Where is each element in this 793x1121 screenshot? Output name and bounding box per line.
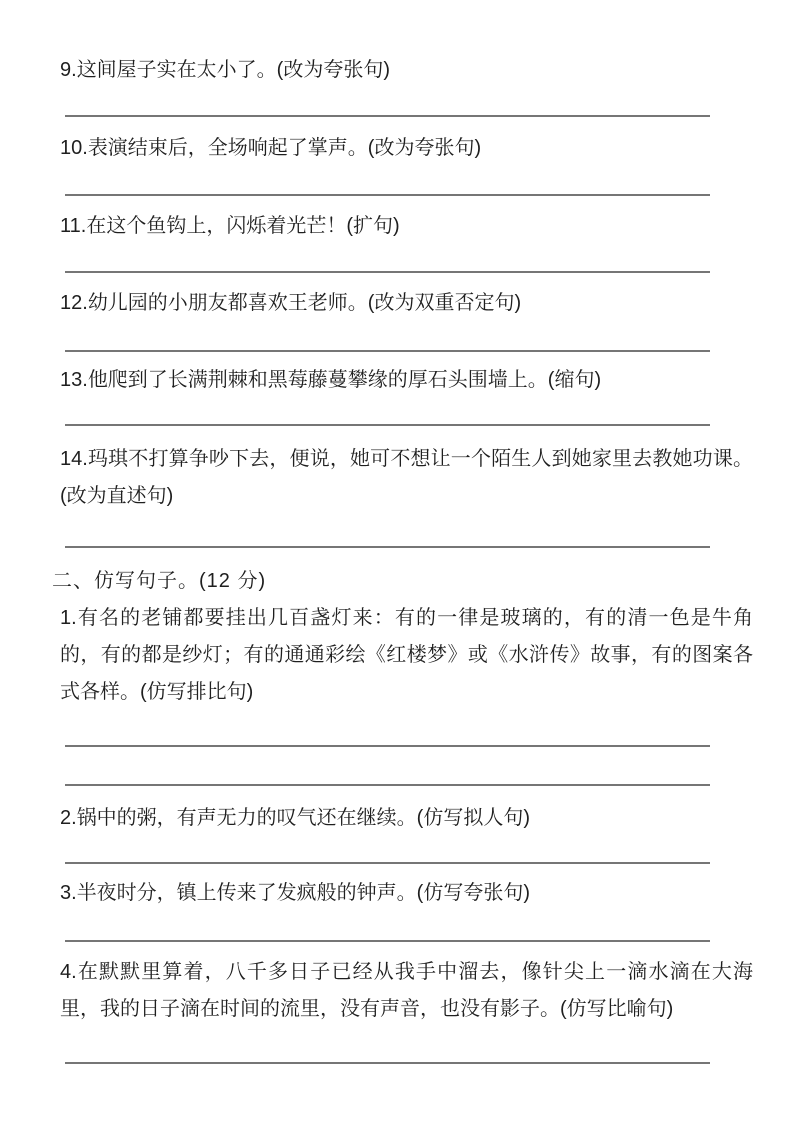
question-item: 3.半夜时分，镇上传来了发疯般的钟声。(仿写夸张句) bbox=[60, 875, 753, 912]
question-item: 10.表演结束后，全场响起了掌声。(改为夸张句) bbox=[60, 130, 753, 167]
answer-blank-line bbox=[65, 745, 710, 747]
question-number: 3. bbox=[60, 882, 77, 904]
question-text: 他爬到了长满荆棘和黑莓藤蔓攀缘的厚石头围墙上。(缩句) bbox=[88, 369, 601, 391]
question-text: 这间屋子实在太小了。(改为夸张句) bbox=[77, 59, 390, 81]
question-number: 4. bbox=[60, 961, 77, 983]
question-number: 9. bbox=[60, 59, 77, 81]
question-number: 1. bbox=[60, 607, 77, 629]
answer-blank-line bbox=[65, 940, 710, 942]
question-item: 12.幼儿园的小朋友都喜欢王老师。(改为双重否定句) bbox=[60, 285, 753, 322]
question-item: 4.在默默里算着，八千多日子已经从我手中溜去，像针尖上一滴水滴在大海里，我的日子… bbox=[60, 954, 753, 1028]
question-number: 11. bbox=[60, 215, 86, 237]
question-number: 12. bbox=[60, 292, 88, 314]
answer-blank-line bbox=[65, 350, 710, 352]
answer-blank-line bbox=[65, 862, 710, 864]
question-text: 半夜时分，镇上传来了发疯般的钟声。(仿写夸张句) bbox=[77, 882, 530, 904]
question-text: 玛琪不打算争吵下去，便说，她可不想让一个陌生人到她家里去教她功课。(改为直述句) bbox=[60, 448, 753, 507]
question-item: 13.他爬到了长满荆棘和黑莓藤蔓攀缘的厚石头围墙上。(缩句) bbox=[60, 362, 753, 399]
answer-blank-line bbox=[65, 271, 710, 273]
answer-blank-line bbox=[65, 1062, 710, 1064]
answer-blank-line bbox=[65, 115, 710, 117]
question-text: 锅中的粥，有声无力的叹气还在继续。(仿写拟人句) bbox=[77, 807, 530, 829]
question-text: 幼儿园的小朋友都喜欢王老师。(改为双重否定句) bbox=[88, 292, 521, 314]
answer-blank-line bbox=[65, 194, 710, 196]
answer-blank-line bbox=[65, 784, 710, 786]
question-number: 14. bbox=[60, 448, 88, 470]
question-text: 在默默里算着，八千多日子已经从我手中溜去，像针尖上一滴水滴在大海里，我的日子滴在… bbox=[60, 961, 753, 1020]
question-text: 在这个鱼钩上，闪烁着光芒！(扩句) bbox=[86, 215, 399, 237]
question-number: 10. bbox=[60, 137, 88, 159]
question-item: 2.锅中的粥，有声无力的叹气还在继续。(仿写拟人句) bbox=[60, 800, 753, 837]
question-text: 有名的老铺都要挂出几百盏灯来：有的一律是玻璃的，有的清一色是牛角的，有的都是纱灯… bbox=[60, 607, 753, 703]
answer-blank-line bbox=[65, 424, 710, 426]
section-header: 二、仿写句子。(12 分) bbox=[52, 563, 753, 600]
question-item: 11.在这个鱼钩上，闪烁着光芒！(扩句) bbox=[60, 208, 753, 245]
question-item: 14.玛琪不打算争吵下去，便说，她可不想让一个陌生人到她家里去教她功课。(改为直… bbox=[60, 441, 753, 515]
answer-blank-line bbox=[65, 546, 710, 548]
question-number: 13. bbox=[60, 369, 88, 391]
worksheet-page: 9.这间屋子实在太小了。(改为夸张句) 10.表演结束后，全场响起了掌声。(改为… bbox=[0, 0, 793, 1121]
question-item: 9.这间屋子实在太小了。(改为夸张句) bbox=[60, 52, 753, 89]
question-text: 表演结束后，全场响起了掌声。(改为夸张句) bbox=[88, 137, 481, 159]
question-number: 2. bbox=[60, 807, 77, 829]
question-item: 1.有名的老铺都要挂出几百盏灯来：有的一律是玻璃的，有的清一色是牛角的，有的都是… bbox=[60, 600, 753, 711]
